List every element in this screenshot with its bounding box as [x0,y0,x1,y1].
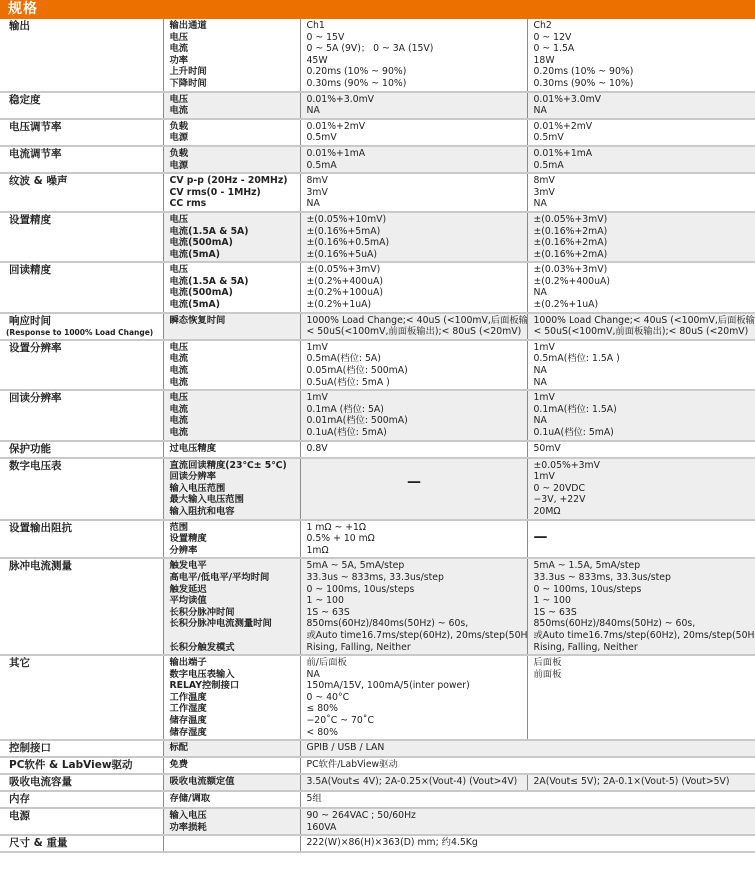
category-label: 响应时间 [9,315,51,327]
parameter-label: 直流回读精度(23℃± 5℃) [170,460,295,472]
parameter-label: 平均读值 [170,595,295,607]
spec-category: 输出 [0,19,163,92]
ch2-values: 0.01%+1mA0.5mA [527,146,755,173]
ch2-values: 50mV [527,441,755,458]
parameter-label: 电压 [170,392,295,404]
ch2-value-line: Ch2 [534,20,751,32]
spec-parameter-labels: 存储/调取 [163,791,300,808]
ch2-value-line: 后面板 [534,657,751,669]
parameter-label: 电压 [170,342,295,354]
ch1-values: 1mV0.1mA (档位: 5A)0.01mA(档位: 500mA)0.1uA(… [300,390,527,440]
ch2-value-line: NA [534,415,751,427]
parameter-label: 电流 [170,415,295,427]
ch2-values: 2A(Vout≤ 5V); 2A-0.1×(Vout-5) (Vout>5V) [527,774,755,791]
ch1-value-line: 33.3us ~ 833ms, 33.3us/step [307,572,522,584]
ch2-value-line: 0.01%+3.0mV [534,94,751,106]
ch1-values: 0.01%+3.0mVNA [300,92,527,119]
spec-parameter-labels: 电压电流电流电流 [163,390,300,440]
ch1-values: 前/后面板NA150mA/15V, 100mA/5(inter power)0 … [300,655,527,740]
spec-row: 输出输出通道电压电流功率上升时间下降时间Ch10 ~ 15V0 ~ 5A (9V… [0,19,755,92]
parameter-label: CV rms(0 - 1MHz) [170,187,295,199]
ch1-value-line: 0.20ms (10% ~ 90%) [307,66,522,78]
parameter-label: 功率 [170,55,295,67]
ch2-value-line: 1 ~ 100 [534,595,751,607]
spec-parameter-labels: 输出通道电压电流功率上升时间下降时间 [163,19,300,92]
ch1-value-line: 0.5mV [307,132,522,144]
ch1-value-line: 1mV [307,342,522,354]
ch1-value-line: 1mV [307,392,522,404]
ch2-value-line: 0.5mA [534,160,751,172]
spec-row: 电流调节率负载电源0.01%+1mA0.5mA0.01%+1mA0.5mA [0,146,755,173]
dash-placeholder: — [534,522,751,544]
ch2-values: 0.01%+3.0mVNA [527,92,755,119]
parameter-label: 储存湿度 [170,727,295,739]
spec-header: 规格 [0,0,755,19]
ch1-value-line: 1mΩ [307,545,522,557]
category-label: 回读精度 [9,264,51,276]
spec-value-shared: 5组 [300,791,755,808]
ch1-value-line: 0 ~ 100ms, 10us/steps [307,584,522,596]
ch2-value-line: 0.30ms (90% ~ 10%) [534,78,751,90]
ch2-value-line: 1mV [534,392,751,404]
parameter-label: CC rms [170,198,295,210]
spec-parameter-labels: 范围设置精度分辨率 [163,520,300,559]
category-label: 设置精度 [9,214,51,226]
spec-parameter-labels: 瞬态恢复时间 [163,313,300,340]
spec-value-shared: 222(W)×86(H)×363(D) mm; 约4.5Kg [300,835,755,852]
spec-category: 电压调节率 [0,119,163,146]
ch2-values: ±0.05%+3mV1mV0 ~ 20VDC−3V, +22V20MΩ [527,458,755,520]
ch1-value-line: 1 mΩ ~ +1Ω [307,522,522,534]
parameter-label: 下降时间 [170,78,295,90]
ch1-value-line: ±(0.05%+3mV) [307,264,522,276]
category-label: 内存 [9,793,30,805]
ch1-value-line: 0.30ms (90% ~ 10%) [307,78,522,90]
ch2-values: 后面板前面板 [527,655,755,740]
parameter-label: 长积分触发模式 [170,642,295,654]
ch2-value-line: 0.5mV [534,132,751,144]
ch2-value-line: 1S ~ 63S [534,607,751,619]
spec-row: 回读精度电压电流(1.5A & 5A)电流(500mA)电流(5mA)±(0.0… [0,262,755,312]
parameter-label: 标配 [170,742,295,754]
category-label: 数字电压表 [9,460,62,472]
parameter-label: 长积分脉冲电流测量时间 [170,618,295,630]
spec-parameter-labels: 电压电流(1.5A & 5A)电流(500mA)电流(5mA) [163,262,300,312]
spec-category: 设置输出阻抗 [0,520,163,559]
parameter-label: 储存温度 [170,715,295,727]
ch2-value-line: 0 ~ 100ms, 10us/steps [534,584,751,596]
spec-row: 回读分辨率电压电流电流电流1mV0.1mA (档位: 5A)0.01mA(档位:… [0,390,755,440]
ch2-value-line: 0.5mA(档位: 1.5A ) [534,353,751,365]
spec-parameter-labels: 负载电源 [163,146,300,173]
value-line: 222(W)×86(H)×363(D) mm; 约4.5Kg [307,837,751,849]
spec-row: 尺寸 & 重量 222(W)×86(H)×363(D) mm; 约4.5Kg [0,835,755,852]
parameter-label: 电压 [170,214,295,226]
ch2-value-line: 0 ~ 1.5A [534,43,751,55]
ch1-value-line: 0 ~ 40°C [307,692,522,704]
ch1-value-line: ±(0.2%+100uA) [307,287,522,299]
spec-category: 保护功能 [0,441,163,458]
parameter-label: 电流 [170,105,295,117]
parameter-label: 负载 [170,148,295,160]
parameter-label: 工作温度 [170,692,295,704]
ch1-value-line: 0.8V [307,443,522,455]
parameter-label: 电源 [170,160,295,172]
spec-parameter-labels: 免费 [163,757,300,774]
parameter-label [170,837,295,849]
ch2-value-line: 33.3us ~ 833ms, 33.3us/step [534,572,751,584]
ch2-value-line: 5mA ~ 1.5A, 5mA/step [534,560,751,572]
ch2-value-line: 0 ~ 12V [534,32,751,44]
parameter-label: 电流 [170,353,295,365]
spec-category: 设置精度 [0,212,163,262]
ch1-value-line: NA [307,105,522,117]
spec-parameter-labels: 标配 [163,740,300,757]
ch1-values: 0.8V [300,441,527,458]
spec-row: 电压调节率负载电源0.01%+2mV0.5mV0.01%+2mV0.5mV [0,119,755,146]
spec-title: 规格 [8,1,38,17]
parameter-label: 电流 [170,404,295,416]
ch1-value-line: ±(0.16%+5uA) [307,249,522,261]
ch2-value-line: 50mV [534,443,751,455]
ch2-value-line: ±(0.16%+2mA) [534,237,751,249]
parameter-label: 工作湿度 [170,703,295,715]
spec-row: 设置输出阻抗范围设置精度分辨率1 mΩ ~ +1Ω0.5% + 10 mΩ1mΩ… [0,520,755,559]
spec-category: 尺寸 & 重量 [0,835,163,852]
spec-row: 电源输入电压功率损耗90 ~ 264VAC ; 50/60Hz160VA [0,808,755,835]
ch2-value-line: ±(0.2%+1uA) [534,299,751,311]
ch2-value-line: ±0.05%+3mV [534,460,751,472]
ch2-value-line: ±(0.16%+2mA) [534,249,751,261]
spec-parameter-labels: 触发电平高电平/低电平/平均时间触发延迟平均读值长积分脉冲时间长积分脉冲电流测量… [163,558,300,655]
ch2-value-line: 8mV [534,175,751,187]
parameter-label: 输出端子 [170,657,295,669]
ch1-value-line: 0.01%+3.0mV [307,94,522,106]
ch1-values: 0.01%+1mA0.5mA [300,146,527,173]
parameter-label: 电流(1.5A & 5A) [170,276,295,288]
parameter-label: 分辨率 [170,545,295,557]
ch2-value-line: 0.01%+2mV [534,121,751,133]
ch2-values: 0.01%+2mV0.5mV [527,119,755,146]
spec-row: 内存存储/调取5组 [0,791,755,808]
ch1-value-line: ±(0.05%+10mV) [307,214,522,226]
spec-parameter-labels: 吸收电流额定值 [163,774,300,791]
spec-category: 控制接口 [0,740,163,757]
parameter-label: 电源 [170,132,295,144]
ch1-value-line: 0.01%+2mV [307,121,522,133]
parameter-label: 电流(1.5A & 5A) [170,226,295,238]
ch2-value-line: 0 ~ 20VDC [534,483,751,495]
parameter-label: 瞬态恢复时间 [170,315,295,327]
parameter-label: 电压 [170,94,295,106]
parameter-label: 吸收电流额定值 [170,776,295,788]
parameter-label: 存储/调取 [170,793,295,805]
ch1-value-line: 1S ~ 63S [307,607,522,619]
ch2-value-line: ±(0.16%+2mA) [534,226,751,238]
parameter-label: 电流 [170,43,295,55]
spec-row: 纹波 & 噪声CV p-p (20Hz - 20MHz)CV rms(0 - 1… [0,173,755,212]
parameter-label: 长积分脉冲时间 [170,607,295,619]
spec-row: 吸收电流容量吸收电流额定值3.5A(Vout≤ 4V); 2A-0.25×(Vo… [0,774,755,791]
ch1-value-line: 8mV [307,175,522,187]
spec-row: 脉冲电流测量触发电平高电平/低电平/平均时间触发延迟平均读值长积分脉冲时间长积分… [0,558,755,655]
ch1-values: 1mV0.5mA(档位: 5A)0.05mA(档位: 500mA)0.5uA(档… [300,340,527,390]
spec-row: 设置精度电压电流(1.5A & 5A)电流(500mA)电流(5mA)±(0.0… [0,212,755,262]
ch1-values: 3.5A(Vout≤ 4V); 2A-0.25×(Vout-4) (Vout>4… [300,774,527,791]
dash-placeholder: — [307,460,522,489]
value-line: 5组 [307,793,751,805]
ch2-values: 1mV0.5mA(档位: 1.5A )NANA [527,340,755,390]
ch1-values: ±(0.05%+10mV)±(0.16%+5mA)±(0.16%+0.5mA)±… [300,212,527,262]
ch1-values: 1 mΩ ~ +1Ω0.5% + 10 mΩ1mΩ [300,520,527,559]
category-label: 电源 [9,810,30,822]
ch1-value-line: 0.01mA(档位: 500mA) [307,415,522,427]
ch2-values: — [527,520,755,559]
spec-row: 其它输出端子数字电压表输入RELAY控制接口工作温度工作湿度储存温度储存湿度前/… [0,655,755,740]
spec-parameter-labels: 电压电流(1.5A & 5A)电流(500mA)电流(5mA) [163,212,300,262]
ch1-value-line: NA [307,669,522,681]
category-sublabel: (Response to 1000% Load Change) [6,328,158,338]
ch1-values: 0.01%+2mV0.5mV [300,119,527,146]
parameter-label: 功率损耗 [170,822,295,834]
ch2-values: 1mV0.1mA(档位: 1.5A)NA0.1uA(档位: 5mA) [527,390,755,440]
parameter-label: 触发延迟 [170,584,295,596]
ch2-values: ±(0.03%+3mV)±(0.2%+400uA)NA±(0.2%+1uA) [527,262,755,312]
ch2-value-line: ±(0.2%+400uA) [534,276,751,288]
spec-category: 电流调节率 [0,146,163,173]
parameter-label: 触发电平 [170,560,295,572]
ch2-value-line: ±(0.05%+3mV) [534,214,751,226]
spec-row: 设置分辨率电压电流电流电流1mV0.5mA(档位: 5A)0.05mA(档位: … [0,340,755,390]
ch1-value-line: 0.01%+1mA [307,148,522,160]
ch2-value-line: 1000% Load Change;< 40uS (<100mV,后面板输出); [534,315,751,327]
ch1-value-line: 0.5mA [307,160,522,172]
ch1-values: — [300,458,527,520]
category-label: 电压调节率 [9,121,62,133]
ch1-value-line: ≤ 80% [307,703,522,715]
ch2-value-line: 前面板 [534,669,751,681]
spec-category: PC软件 & LabView驱动 [0,757,163,774]
ch1-value-line: Ch1 [307,20,522,32]
ch2-values: 8mV3mVNA [527,173,755,212]
spec-category: 设置分辨率 [0,340,163,390]
parameter-label: 电流(500mA) [170,237,295,249]
ch1-value-line: 850ms(60Hz)/840ms(50Hz) ~ 60s, [307,618,522,630]
ch2-value-line: −3V, +22V [534,494,751,506]
category-label: 尺寸 & 重量 [9,837,67,849]
spec-table: 输出输出通道电压电流功率上升时间下降时间Ch10 ~ 15V0 ~ 5A (9V… [0,19,755,853]
ch1-value-line: 45W [307,55,522,67]
ch1-value-line: 3mV [307,187,522,199]
ch2-value-line: Rising, Falling, Neither [534,642,751,654]
ch2-value-line: 1mV [534,471,751,483]
spec-row: 响应时间(Response to 1000% Load Change)瞬态恢复时… [0,313,755,340]
parameter-label: 电流 [170,377,295,389]
parameter-label: 数字电压表输入 [170,669,295,681]
ch2-value-line: NA [534,105,751,117]
ch2-values: Ch20 ~ 12V0 ~ 1.5A18W0.20ms (10% ~ 90%)0… [527,19,755,92]
spec-row: 保护功能过电压精度0.8V50mV [0,441,755,458]
parameter-label [170,630,295,642]
spec-category: 数字电压表 [0,458,163,520]
parameter-label: 回读分辨率 [170,471,295,483]
ch2-value-line: 或Auto time16.7ms/step(60Hz), 20ms/step(5… [534,630,751,642]
ch2-value-line: 3mV [534,187,751,199]
ch1-value-line: 0.05mA(档位: 500mA) [307,365,522,377]
spec-parameter-labels: 过电压精度 [163,441,300,458]
parameter-label: 输入阻抗和电容 [170,506,295,518]
ch2-value-line: 0.1uA(档位: 5mA) [534,427,751,439]
ch1-value-line: Rising, Falling, Neither [307,642,522,654]
ch1-values: ±(0.05%+3mV)±(0.2%+400uA)±(0.2%+100uA)±(… [300,262,527,312]
parameter-label: 电流(500mA) [170,287,295,299]
parameter-label: 电压 [170,264,295,276]
ch1-value-line: 0.1uA(档位: 5mA) [307,427,522,439]
spec-row: 数字电压表直流回读精度(23℃± 5℃)回读分辨率输入电压范围最大输入电压范围输… [0,458,755,520]
spec-parameter-labels: CV p-p (20Hz - 20MHz)CV rms(0 - 1MHz)CC … [163,173,300,212]
spec-category: 其它 [0,655,163,740]
ch1-value-line: 前/后面板 [307,657,522,669]
ch1-values: 1000% Load Change;< 40uS (<100mV,后面板输出);… [300,313,527,340]
spec-category: 脉冲电流测量 [0,558,163,655]
ch1-value-line: 0.5mA(档位: 5A) [307,353,522,365]
category-label: 稳定度 [9,94,41,106]
spec-row: PC软件 & LabView驱动免费PC软件/LabView驱动 [0,757,755,774]
category-label: 吸收电流容量 [9,776,72,788]
spec-category: 响应时间(Response to 1000% Load Change) [0,313,163,340]
parameter-label: 电流 [170,365,295,377]
ch1-value-line: 0 ~ 5A (9V)； 0 ~ 3A (15V) [307,43,522,55]
ch1-value-line: 1 ~ 100 [307,595,522,607]
spec-parameter-labels: 负载电源 [163,119,300,146]
category-label: 脉冲电流测量 [9,560,72,572]
ch2-value-line: 850ms(60Hz)/840ms(50Hz) ~ 60s, [534,618,751,630]
ch2-values: 5mA ~ 1.5A, 5mA/step33.3us ~ 833ms, 33.3… [527,558,755,655]
parameter-label: 输入电压 [170,810,295,822]
spec-parameter-labels: 输入电压功率损耗 [163,808,300,835]
parameter-label: 高电平/低电平/平均时间 [170,572,295,584]
ch2-value-line: ±(0.03%+3mV) [534,264,751,276]
parameter-label: 电流 [170,427,295,439]
parameter-label: 范围 [170,522,295,534]
ch2-values: 1000% Load Change;< 40uS (<100mV,后面板输出);… [527,313,755,340]
spec-category: 内存 [0,791,163,808]
category-label: 控制接口 [9,742,51,754]
value-line: PC软件/LabView驱动 [307,759,751,771]
spec-value-shared: 90 ~ 264VAC ; 50/60Hz160VA [300,808,755,835]
spec-category: 电源 [0,808,163,835]
ch2-value-line: NA [534,198,751,210]
ch1-value-line: 0.1mA (档位: 5A) [307,404,522,416]
ch1-value-line: 0 ~ 15V [307,32,522,44]
parameter-label: RELAY控制接口 [170,680,295,692]
category-label: 电流调节率 [9,148,62,160]
ch2-value-line: 2A(Vout≤ 5V); 2A-0.1×(Vout-5) (Vout>5V) [534,776,751,788]
ch2-value-line: 1mV [534,342,751,354]
category-label: 输出 [9,20,30,32]
parameter-label: 最大输入电压范围 [170,494,295,506]
ch2-value-line: 0.01%+1mA [534,148,751,160]
ch1-value-line: ±(0.16%+5mA) [307,226,522,238]
ch1-value-line: 3.5A(Vout≤ 4V); 2A-0.25×(Vout-4) (Vout>4… [307,776,522,788]
parameter-label: 电流(5mA) [170,299,295,311]
parameter-label: 输出通道 [170,20,295,32]
spec-category: 稳定度 [0,92,163,119]
ch1-value-line: < 50uS(<100mV,前面板输出);< 80uS (<20mV) [307,326,522,338]
spec-row: 控制接口标配GPIB / USB / LAN [0,740,755,757]
ch1-value-line: 150mA/15V, 100mA/5(inter power) [307,680,522,692]
ch2-value-line: NA [534,377,751,389]
ch2-value-line: < 50uS(<100mV,前面板输出);< 80uS (<20mV) [534,326,751,338]
ch1-value-line: −20˚C ~ 70˚C [307,715,522,727]
ch2-value-line: NA [534,287,751,299]
category-label: 设置输出阻抗 [9,522,72,534]
parameter-label: 电压 [170,32,295,44]
parameter-label: 电流(5mA) [170,249,295,261]
parameter-label: 设置精度 [170,533,295,545]
ch1-value-line: 或Auto time16.7ms/step(60Hz), 20ms/step(5… [307,630,522,642]
parameter-label: 输入电压范围 [170,483,295,495]
spec-parameter-labels: 输出端子数字电压表输入RELAY控制接口工作温度工作湿度储存温度储存湿度 [163,655,300,740]
ch1-value-line: 0.5% + 10 mΩ [307,533,522,545]
ch1-value-line: 5mA ~ 5A, 5mA/step [307,560,522,572]
spec-value-shared: GPIB / USB / LAN [300,740,755,757]
ch1-value-line: 0.5uA(档位: 5mA ) [307,377,522,389]
ch1-value-line: < 80% [307,727,522,739]
category-label: 纹波 & 噪声 [9,175,67,187]
spec-category: 吸收电流容量 [0,774,163,791]
ch2-value-line: NA [534,365,751,377]
ch2-value-line: 20MΩ [534,506,751,518]
category-label: 其它 [9,657,30,669]
spec-category: 纹波 & 噪声 [0,173,163,212]
parameter-label: 免费 [170,759,295,771]
ch2-values: ±(0.05%+3mV)±(0.16%+2mA)±(0.16%+2mA)±(0.… [527,212,755,262]
value-line: GPIB / USB / LAN [307,742,751,754]
category-label: PC软件 & LabView驱动 [9,759,133,771]
parameter-label: 负载 [170,121,295,133]
ch1-value-line: ±(0.2%+400uA) [307,276,522,288]
category-label: 回读分辨率 [9,392,62,404]
ch1-value-line: 1000% Load Change;< 40uS (<100mV,后面板输出); [307,315,522,327]
ch1-value-line: ±(0.16%+0.5mA) [307,237,522,249]
spec-category: 回读分辨率 [0,390,163,440]
ch1-values: Ch10 ~ 15V0 ~ 5A (9V)； 0 ~ 3A (15V)45W0.… [300,19,527,92]
category-label: 保护功能 [9,443,51,455]
parameter-label: CV p-p (20Hz - 20MHz) [170,175,295,187]
parameter-label: 上升时间 [170,66,295,78]
spec-parameter-labels: 直流回读精度(23℃± 5℃)回读分辨率输入电压范围最大输入电压范围输入阻抗和电… [163,458,300,520]
spec-category: 回读精度 [0,262,163,312]
ch2-value-line: 0.1mA(档位: 1.5A) [534,404,751,416]
category-label: 设置分辨率 [9,342,62,354]
ch1-value-line: ±(0.2%+1uA) [307,299,522,311]
ch2-value-line: 0.20ms (10% ~ 90%) [534,66,751,78]
parameter-label: 过电压精度 [170,443,295,455]
value-line: 90 ~ 264VAC ; 50/60Hz [307,810,751,822]
spec-parameter-labels: 电压电流电流电流 [163,340,300,390]
spec-parameter-labels: 电压电流 [163,92,300,119]
ch2-value-line: 18W [534,55,751,67]
ch1-value-line: NA [307,198,522,210]
spec-parameter-labels [163,835,300,852]
value-line: 160VA [307,822,751,834]
spec-row: 稳定度电压电流0.01%+3.0mVNA0.01%+3.0mVNA [0,92,755,119]
spec-value-shared: PC软件/LabView驱动 [300,757,755,774]
ch1-values: 5mA ~ 5A, 5mA/step33.3us ~ 833ms, 33.3us… [300,558,527,655]
ch1-values: 8mV3mVNA [300,173,527,212]
